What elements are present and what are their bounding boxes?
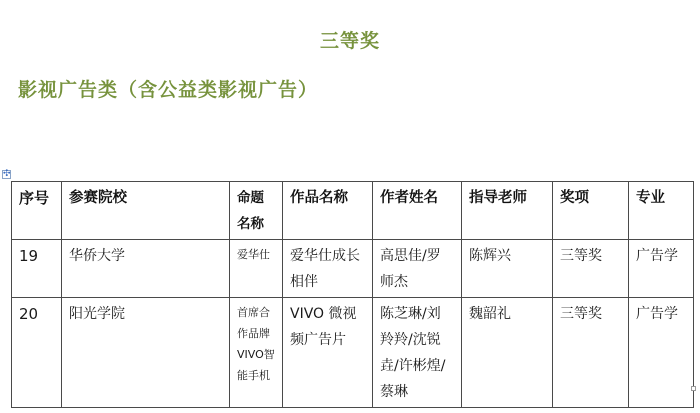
award-level-title: 三等奖 bbox=[0, 26, 700, 53]
cell-major: 广告学 bbox=[629, 240, 694, 298]
cell-index: 19 bbox=[12, 240, 62, 298]
cell-award: 三等奖 bbox=[553, 298, 629, 408]
header-major: 专业 bbox=[629, 182, 694, 240]
cell-work: VIVO 微视频广告片 bbox=[283, 298, 373, 408]
cell-topic: 爱华仕 bbox=[230, 240, 283, 298]
cell-topic: 首席合作品牌VIVO智能手机 bbox=[230, 298, 283, 408]
table-move-handle-icon[interactable]: ✣ bbox=[2, 170, 11, 179]
awards-table: 序号 参赛院校 命题名称 作品名称 作者姓名 指导老师 奖项 专业 19 华侨大… bbox=[11, 181, 694, 408]
table-resize-handle[interactable] bbox=[691, 386, 696, 391]
header-school: 参赛院校 bbox=[62, 182, 230, 240]
header-authors: 作者姓名 bbox=[373, 182, 462, 240]
cell-authors: 高思佳/罗师杰 bbox=[373, 240, 462, 298]
header-topic: 命题名称 bbox=[230, 182, 283, 240]
header-work: 作品名称 bbox=[283, 182, 373, 240]
header-advisor: 指导老师 bbox=[462, 182, 553, 240]
cell-school: 华侨大学 bbox=[62, 240, 230, 298]
table-header-row: 序号 参赛院校 命题名称 作品名称 作者姓名 指导老师 奖项 专业 bbox=[12, 182, 694, 240]
cell-school: 阳光学院 bbox=[62, 298, 230, 408]
cell-advisor: 魏韶礼 bbox=[462, 298, 553, 408]
category-title: 影视广告类（含公益类影视广告） bbox=[18, 75, 318, 102]
cell-index: 20 bbox=[12, 298, 62, 408]
cell-work: 爱华仕成长相伴 bbox=[283, 240, 373, 298]
header-index: 序号 bbox=[12, 182, 62, 240]
table-row: 19 华侨大学 爱华仕 爱华仕成长相伴 高思佳/罗师杰 陈辉兴 三等奖 广告学 bbox=[12, 240, 694, 298]
cell-authors: 陈芝琳/刘羚羚/沈锐垚/许彬煌/蔡琳 bbox=[373, 298, 462, 408]
cell-advisor: 陈辉兴 bbox=[462, 240, 553, 298]
table-row: 20 阳光学院 首席合作品牌VIVO智能手机 VIVO 微视频广告片 陈芝琳/刘… bbox=[12, 298, 694, 408]
header-award: 奖项 bbox=[553, 182, 629, 240]
cell-major: 广告学 bbox=[629, 298, 694, 408]
cell-award: 三等奖 bbox=[553, 240, 629, 298]
